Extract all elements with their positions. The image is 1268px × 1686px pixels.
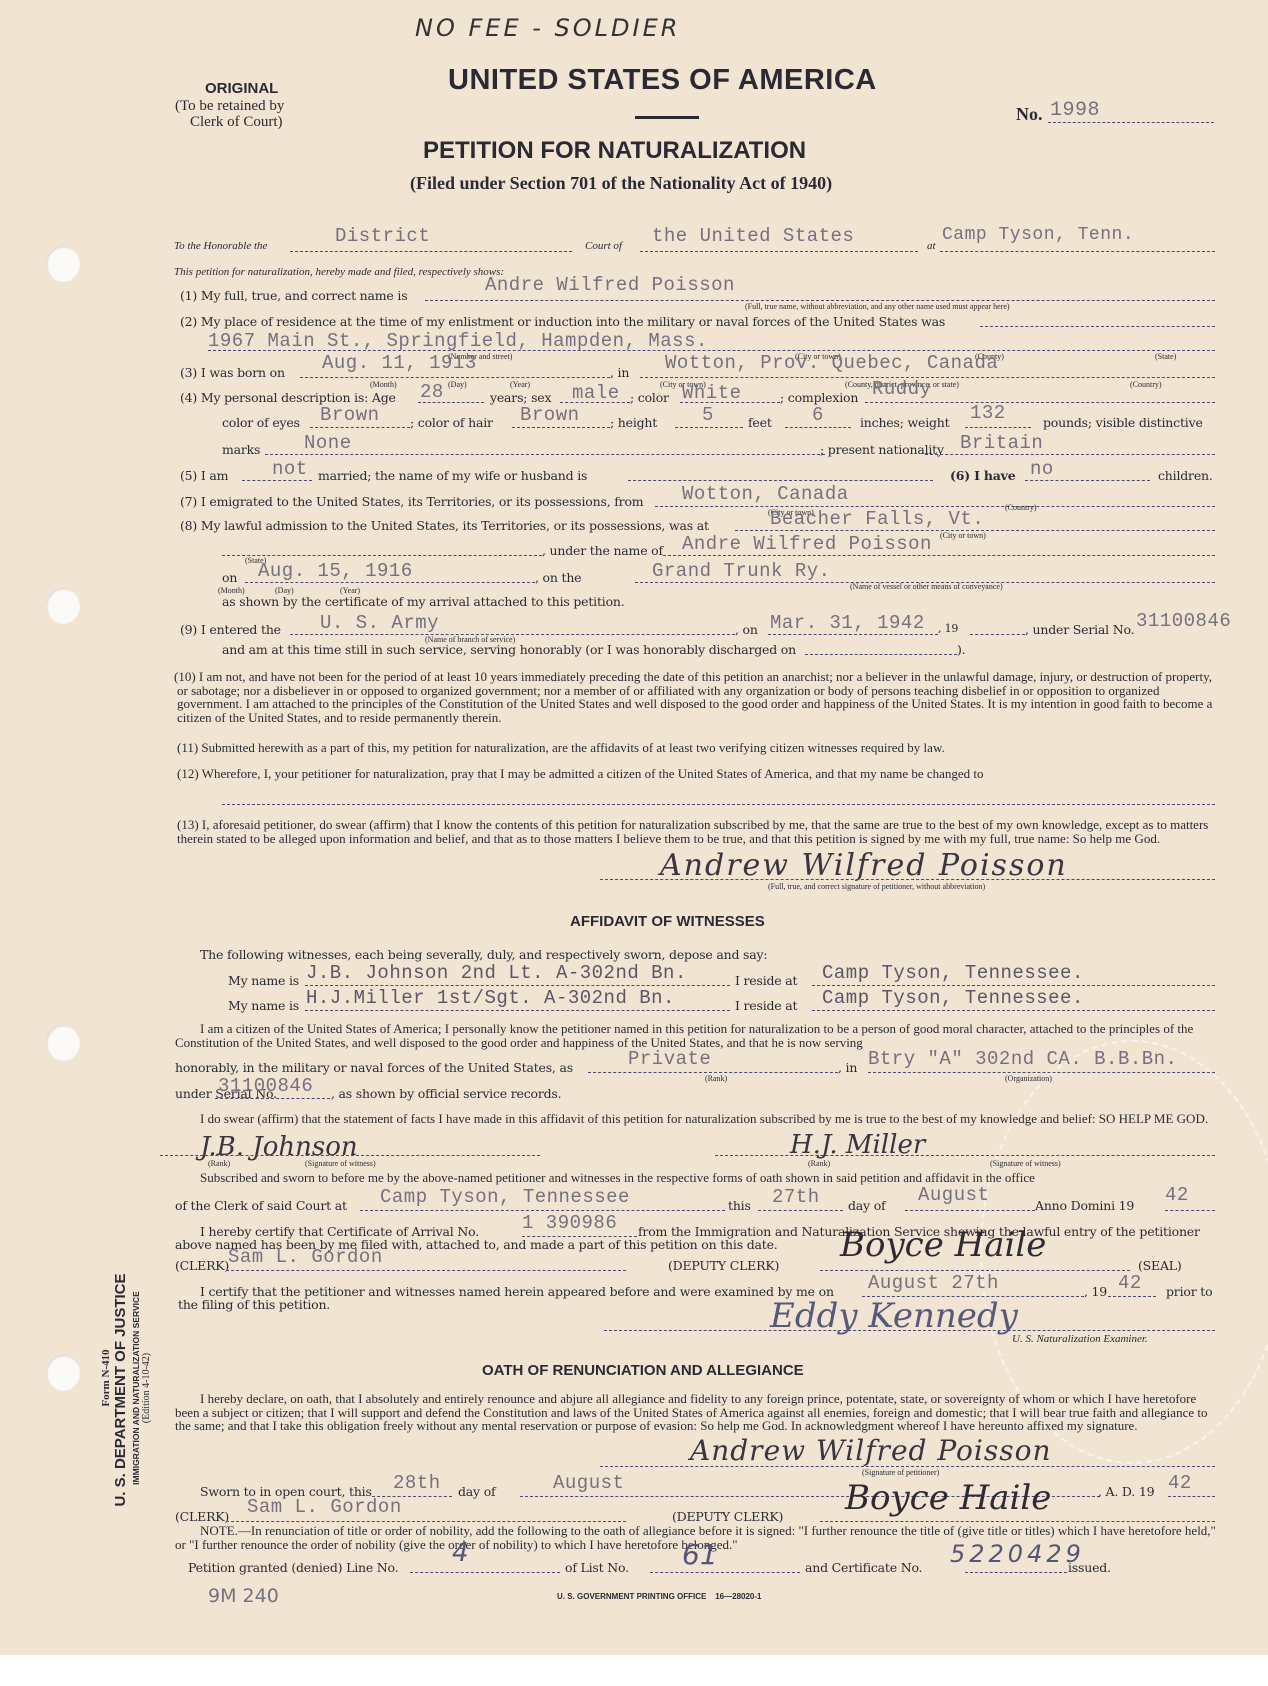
petition-intro: This petition for naturalization, hereby…	[174, 266, 504, 278]
court-location: Camp Tyson, Tenn.	[942, 225, 1134, 245]
birth-place-value: Wotton, Prov. Quebec, Canada	[665, 352, 998, 374]
stamp-number: 9M 240	[208, 1585, 279, 1607]
form-number: Form N-410	[100, 1268, 112, 1488]
service-branch-value: U. S. Army	[320, 612, 439, 634]
conveyance-value: Grand Trunk Ry.	[652, 560, 831, 582]
to-honorable-label: To the Honorable the	[174, 240, 267, 252]
age-value: 28	[420, 381, 444, 403]
complexion-value: Ruddy	[872, 378, 932, 400]
petition-number: 1998	[1050, 99, 1100, 122]
height-inches-value: 6	[812, 404, 824, 426]
oath-text: I hereby declare, on oath, that I absolu…	[175, 1392, 1217, 1433]
court-place-value: Camp Tyson, Tennessee	[380, 1186, 630, 1208]
witness1-name: J.B. Johnson 2nd Lt. A-302nd Bn.	[306, 962, 687, 984]
deputy-clerk-signature: Boyce Haile	[840, 1225, 1046, 1265]
oath-petitioner-signature: Andrew Wilfred Poisson	[690, 1434, 1052, 1467]
hair-color-value: Brown	[520, 404, 580, 426]
naturalization-petition-page: NO FEE - SOLDIER ORIGINAL (To be retaine…	[0, 0, 1268, 1655]
oath-clerk-value: Sam L. Gordon	[247, 1496, 402, 1518]
clause-10: (10) I am not, and have not been for the…	[177, 670, 1217, 724]
admission-place-value: Beacher Falls, Vt.	[770, 508, 984, 530]
full-name-value: Andre Wilfred Poisson	[485, 274, 735, 296]
petition-title: PETITION FOR NATURALIZATION	[423, 137, 806, 165]
petitioner-signature: Andrew Wilfred Poisson	[660, 848, 1068, 883]
service-name: IMMIGRATION AND NATURALIZATION SERVICE	[131, 1228, 141, 1548]
original-sub1: (To be retained by	[175, 98, 284, 115]
arrival-certificate-value: 1 390986	[522, 1212, 617, 1234]
punch-hole	[46, 246, 80, 282]
subscribed-statement: Subscribed and sworn to before me by the…	[175, 1171, 1217, 1185]
number-label: No.	[1016, 104, 1043, 125]
birth-date-value: Aug. 11, 1913	[322, 352, 477, 374]
eye-color-value: Brown	[320, 404, 380, 426]
oath-day-value: 28th	[393, 1472, 441, 1494]
edition: (Edition 4-10-42)	[141, 1308, 152, 1468]
court-type: District	[335, 225, 430, 247]
admission-name-value: Andre Wilfred Poisson	[682, 533, 932, 555]
clause-13: (13) I, aforesaid petitioner, do swear (…	[177, 818, 1217, 845]
oath-month-value: August	[553, 1472, 624, 1494]
witness-oath: I do swear (affirm) that the statement o…	[175, 1112, 1217, 1126]
affidavit-title: AFFIDAVIT OF WITNESSES	[570, 913, 765, 930]
residence-value: 1967 Main St., Springfield, Hampden, Mas…	[208, 330, 708, 352]
organization-value: Btry "A" 302nd CA. B.B.Bn.	[868, 1048, 1177, 1070]
rank-value: Private	[628, 1048, 711, 1070]
serial-number-value: 31100846	[1136, 610, 1231, 632]
document-title: UNITED STATES OF AMERICA	[448, 64, 877, 97]
oath-year-value: 42	[1168, 1472, 1192, 1494]
oath-title: OATH OF RENUNCIATION AND ALLEGIANCE	[482, 1362, 804, 1379]
punch-hole	[46, 588, 80, 624]
printer-credit: U. S. GOVERNMENT PRINTING OFFICE 16—2802…	[557, 1592, 762, 1601]
weight-value: 132	[970, 402, 1006, 424]
height-feet-value: 5	[702, 404, 714, 426]
affidavit-year-value: 42	[1165, 1184, 1189, 1206]
color-value: White	[682, 382, 742, 404]
examined-date-value: August 27th	[868, 1272, 999, 1294]
oath-deputy-signature: Boyce Haile	[845, 1478, 1051, 1518]
arrival-date-value: Aug. 15, 1916	[258, 560, 413, 582]
clerk-name-value: Sam L. Gordon	[228, 1246, 383, 1268]
filed-under: (Filed under Section 701 of the National…	[410, 173, 832, 194]
married-value: not	[272, 458, 308, 480]
witness1-signature: J.B. Johnson	[200, 1132, 358, 1162]
court-name: the United States	[652, 225, 854, 247]
witness-serial-value: 31100846	[218, 1075, 313, 1097]
examined-year-value: 42	[1118, 1272, 1142, 1294]
children-value: no	[1030, 458, 1054, 480]
certificate-number-value: 5220429	[950, 1540, 1085, 1568]
citizen-statement: I am a citizen of the United States of A…	[175, 1022, 1217, 1049]
title-rule	[635, 116, 699, 119]
affidavit-month-value: August	[918, 1184, 989, 1206]
sex-value: male	[572, 382, 620, 404]
punch-hole	[46, 1025, 80, 1061]
clause-11: (11) Submitted herewith as a part of thi…	[177, 741, 1217, 755]
line-number-value: 4	[452, 1538, 469, 1568]
entered-date-value: Mar. 31, 1942	[770, 612, 925, 634]
witness2-name: H.J.Miller 1st/Sgt. A-302nd Bn.	[306, 987, 675, 1009]
affidavit-day-value: 27th	[772, 1186, 820, 1208]
department-name: U. S. DEPARTMENT OF JUSTICE	[112, 1225, 129, 1555]
marks-value: None	[304, 432, 352, 454]
witness2-residence: Camp Tyson, Tennessee.	[822, 987, 1084, 1009]
nationality-value: Britain	[960, 432, 1043, 454]
clause-12: (12) Wherefore, I, your petitioner for n…	[177, 767, 1217, 781]
original-label: ORIGINAL	[205, 80, 278, 97]
list-number-value: 61	[682, 1538, 718, 1571]
witness1-residence: Camp Tyson, Tennessee.	[822, 962, 1084, 984]
original-sub2: Clerk of Court)	[190, 114, 282, 131]
punch-hole	[46, 1355, 80, 1391]
emigrated-from-value: Wotton, Canada	[682, 483, 849, 505]
handwritten-note: NO FEE - SOLDIER	[415, 14, 680, 42]
